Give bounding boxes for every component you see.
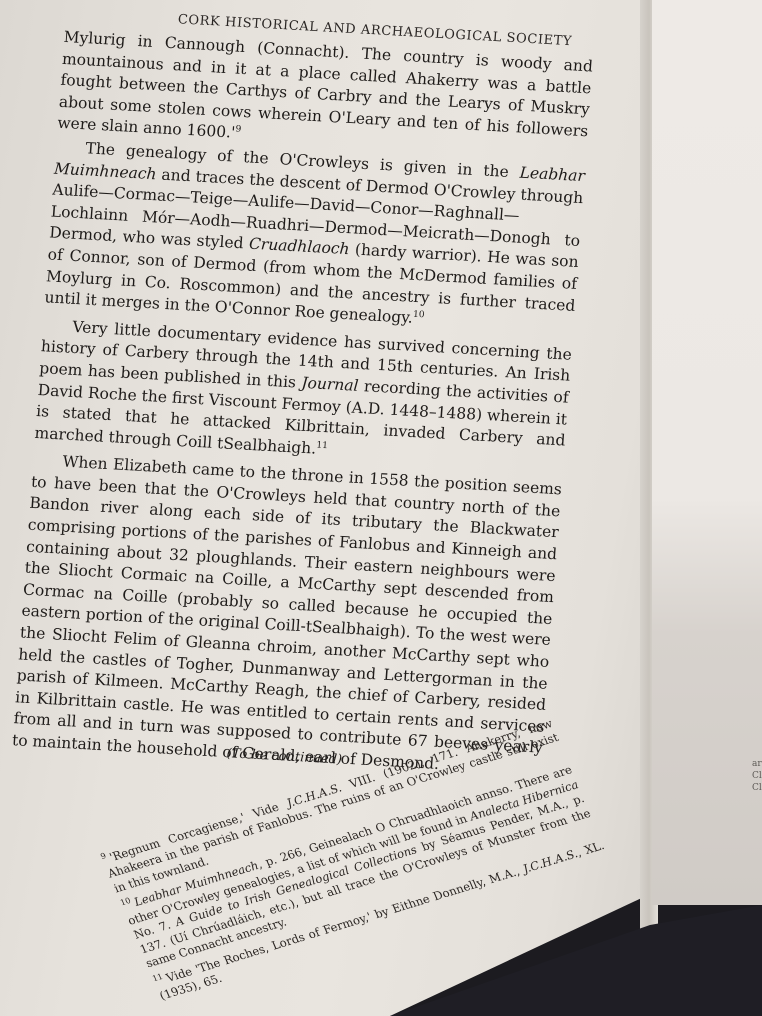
footnote-ref-11[interactable]: 11 <box>316 440 328 451</box>
paragraph-4-text: When Elizabeth came to the throne in 155… <box>11 453 562 773</box>
footnote-11-number: 11 <box>151 972 164 983</box>
right-book-page <box>652 0 762 905</box>
right-fragment-1: ar <box>752 758 762 770</box>
photo-scene: CORK HISTORICAL AND ARCHAEOLOGICAL SOCIE… <box>0 0 762 1016</box>
main-text-block: CORK HISTORICAL AND ARCHAEOLOGICAL SOCIE… <box>11 6 595 778</box>
right-page-text-fragments: ar Cl Cl <box>752 758 762 794</box>
paragraph-3: Very little documentary evidence has sur… <box>34 315 573 474</box>
paragraph-2-italic-epithet: Cruadhlaoch <box>248 235 350 259</box>
paragraph-4: When Elizabeth came to the throne in 155… <box>11 450 562 781</box>
paragraph-2: The genealogy of the O'Crowleys is given… <box>44 137 586 339</box>
footnote-10-number: 10 <box>119 896 132 907</box>
right-fragment-3: Cl <box>752 782 762 794</box>
footnote-ref-10[interactable]: 10 <box>413 310 425 321</box>
footnote-ref-9[interactable]: 9 <box>235 125 241 135</box>
right-fragment-2: Cl <box>752 770 762 782</box>
paragraph-3-italic-journal: Journal <box>301 374 359 395</box>
